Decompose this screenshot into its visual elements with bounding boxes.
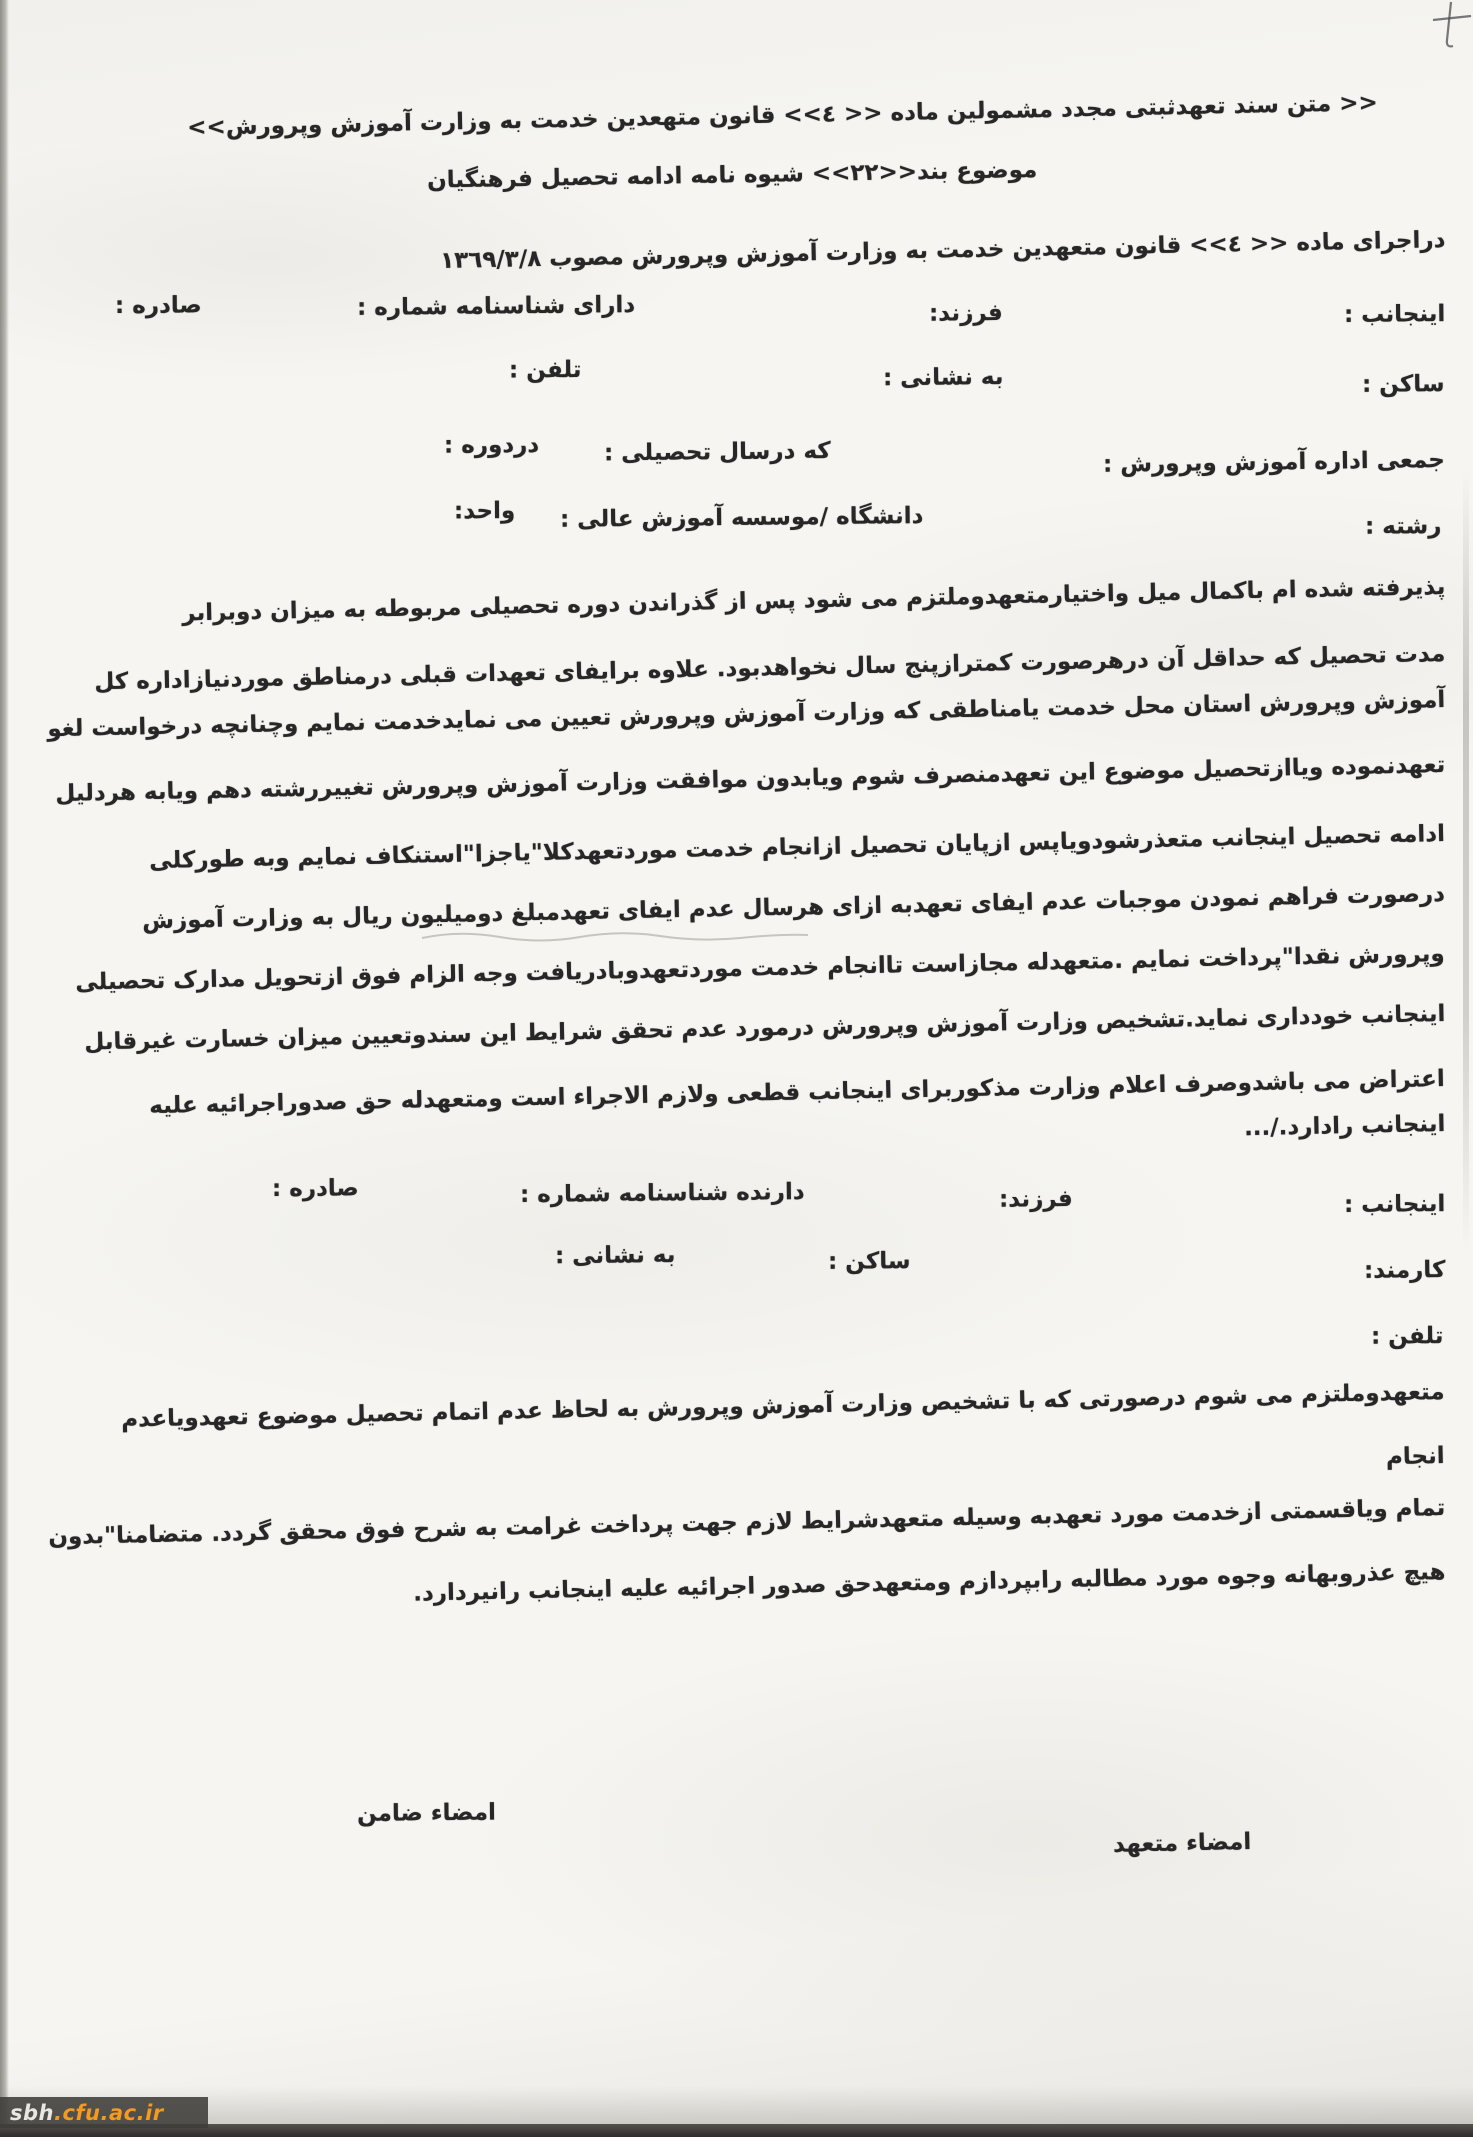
watermark-prefix: sbh	[10, 2101, 54, 2125]
paper-edge-streak	[1463, 470, 1469, 1250]
paragraph1-line-1: پذیرفته شده ام باکمال میل واختیارمتعهدوم…	[182, 574, 1446, 626]
field-label-saken: ساکن :	[1362, 371, 1445, 398]
scan-edge-bottom	[0, 2124, 1473, 2137]
field2-label-sadere: صادره :	[272, 1175, 359, 1202]
field-label-telefon: تلفن :	[508, 357, 581, 384]
field2-label-injaneb: اینجانب :	[1344, 1191, 1446, 1218]
corner-pen-mark	[1427, 2, 1473, 62]
field-label-dore: دردوره :	[444, 432, 539, 459]
paragraph1-line-5: ادامه تحصیل اینجانب متعذرشودویاپس ازپایا…	[149, 821, 1445, 874]
field-label-neshani: به نشانی :	[882, 364, 1003, 391]
field2-label-shenasname-number: دارنده شناسنامه شماره :	[520, 1179, 805, 1208]
field-label-vahed: واحد:	[454, 498, 515, 524]
field-label-farzand: فرزند:	[929, 300, 1003, 327]
paragraph1-line-8: اینجانب خودداری نماید.تشخیص وزارت آموزش …	[84, 1001, 1446, 1056]
paragraph1-line-6: درصورت فراهم نمودن موجبات عدم ایفای تعهد…	[142, 881, 1445, 934]
paragraph1-line-2: مدت تحصیل که حداقل آن درهرصورت کمترازپنج…	[94, 641, 1446, 695]
paragraph2-line-1: متعهدوملتزم می شوم درصورتی که با تشخیص و…	[121, 1379, 1445, 1433]
paragraph2-line-2: انجام	[1386, 1443, 1445, 1470]
paragraph1-line-3: آموزش وپرورش استان محل خدمت یامناطقی که …	[47, 687, 1446, 742]
paragraph2-line-3: تمام ویاقسمتی ازخدمت مورد تعهدبه وسیله م…	[48, 1495, 1445, 1550]
field2-label-farzand: فرزند:	[999, 1186, 1073, 1213]
watermark: sbh.cfu.ac.ir	[0, 2097, 208, 2128]
pencil-squiggle	[420, 928, 810, 944]
field-label-sal-tahsili: که درسال تحصیلی :	[604, 438, 831, 466]
title-line-2: موضوع بند<<٢٢>> شیوه نامه ادامه تحصیل فر…	[427, 157, 1038, 194]
field2-label-neshani: به نشانی :	[554, 1242, 675, 1269]
field-label-injaneb: اینجانب :	[1344, 301, 1446, 328]
paragraph1-line-10: اینجانب رادارد./...	[1243, 1111, 1445, 1141]
title-line-1: << متن سند تعهدثبتی مجدد مشمولین ماده <<…	[187, 90, 1378, 141]
scan-edge-bottom-fade	[0, 2086, 1473, 2124]
signature-label-motahed: امضاء متعهد	[1112, 1829, 1251, 1858]
watermark-suffix: .cfu.ac.ir	[54, 2101, 164, 2125]
paragraph1-line-4: تعهدنموده ویاازتحصیل موضوع این تعهدمنصرف…	[55, 752, 1446, 807]
field-label-daneshgah: دانشگاه /موسسه آموزش عالی :	[560, 503, 924, 533]
scanned-document-page: << متن سند تعهدثبتی مجدد مشمولین ماده <<…	[0, 0, 1473, 2137]
field-label-reshte: رشته :	[1364, 513, 1441, 540]
paragraph1-line-7: وپرورش نقدا"پرداخت نمایم .متعهدله مجازاس…	[75, 941, 1445, 996]
field-label-shenasname-number: دارای شناسنامه شماره :	[357, 292, 635, 321]
signature-label-zamen: امضاء ضامن	[357, 1800, 496, 1827]
field2-label-telefon: تلفن :	[1370, 1323, 1443, 1350]
field2-label-saken: ساکن :	[828, 1248, 911, 1275]
paragraph2-line-4: هیچ عذروبهانه وجوه مورد مطالبه رابپردازم…	[412, 1559, 1445, 1607]
scan-edge-left	[0, 0, 9, 2137]
title-line-3: دراجرای ماده << ٤>> قانون متعهدین خدمت ب…	[440, 227, 1446, 274]
field2-label-karmand: کارمند:	[1363, 1257, 1445, 1284]
field-label-jamee-edare: جمعی اداره آموزش وپرورش :	[1103, 447, 1445, 478]
paragraph1-line-9: اعتراض می باشدوصرف اعلام وزارت مذکوربرای…	[149, 1066, 1445, 1119]
field-label-sadere: صادره :	[115, 292, 202, 319]
